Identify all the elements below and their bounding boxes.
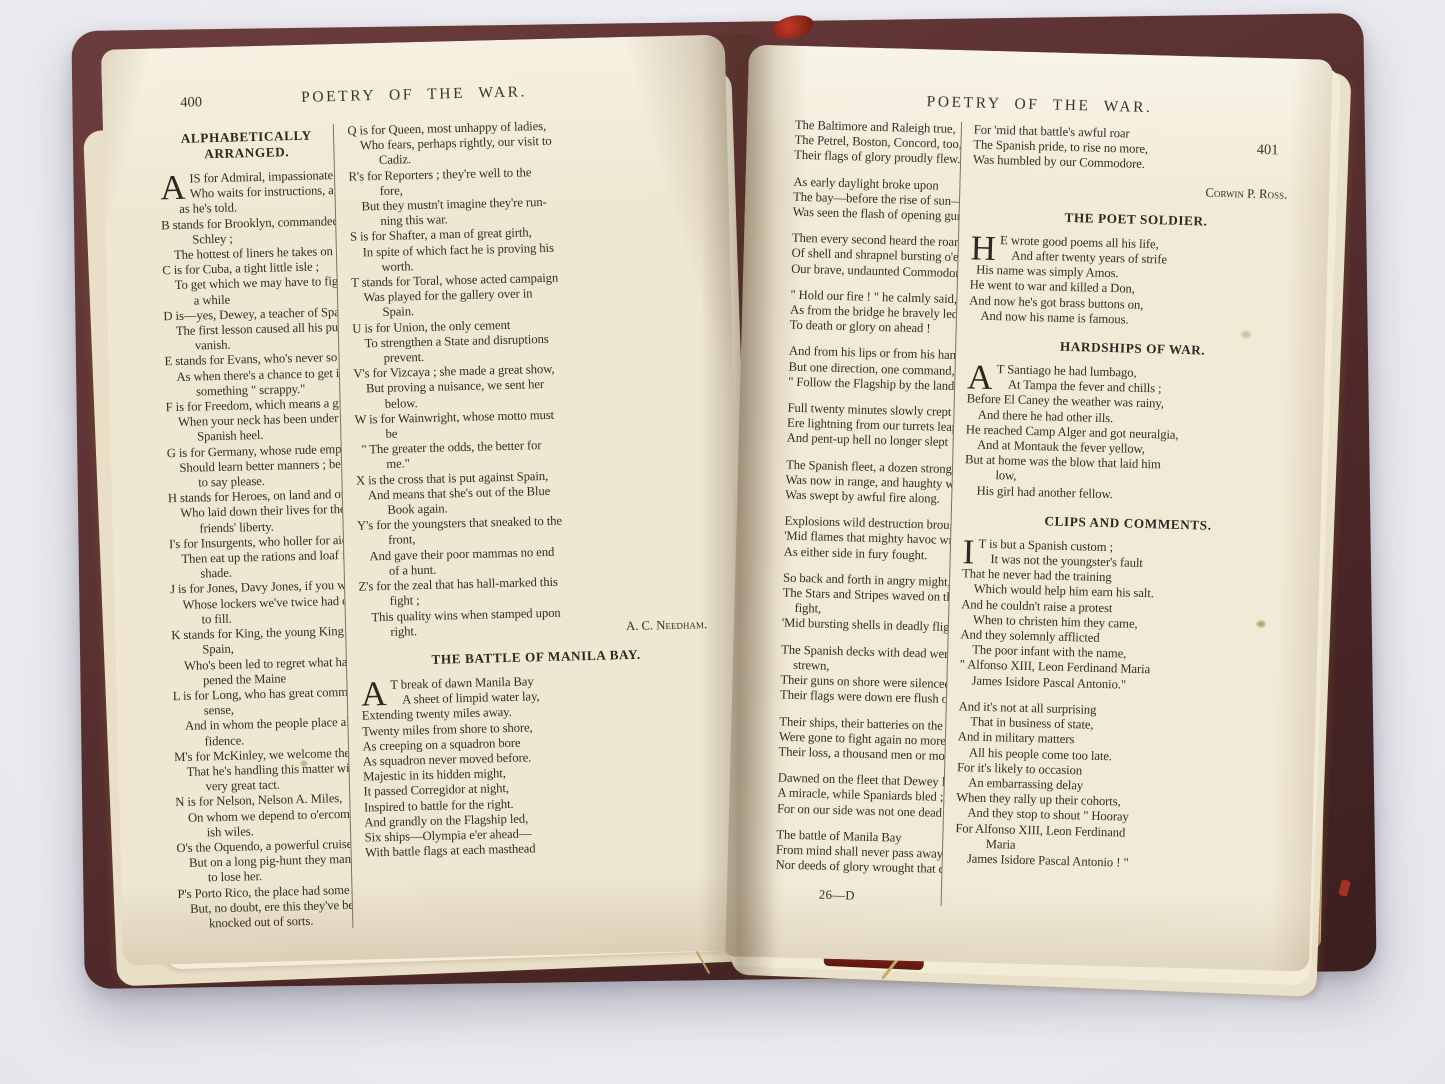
- page-number-right: 401: [1256, 142, 1278, 160]
- poem-line: Was seen the flash of opening gun !: [792, 205, 958, 225]
- stanza: " Hold our fire ! " he calmly said,As fr…: [789, 288, 956, 338]
- poem-line: " Follow the Flagship by the land.": [788, 375, 954, 395]
- poem-line: Their flags were down ere flush of noon.: [780, 688, 946, 708]
- stanza: And from his lips or from his handBut on…: [788, 344, 955, 394]
- stanza: The Spanish decks with dead were strewn,…: [780, 642, 947, 707]
- text-column: ALPHABETICALLY ARRANGED.AIS for Admiral,…: [159, 124, 353, 932]
- stanza: Full twenty minutes slowly creptEre ligh…: [787, 401, 954, 451]
- stanza: AIS for Admiral, impassionate, cold,Who …: [160, 168, 336, 218]
- poem-title: ALPHABETICALLY ARRANGED.: [159, 127, 334, 163]
- stanza: For 'mid that battle's awful roarThe Spa…: [973, 122, 1303, 176]
- drop-cap: A: [160, 173, 186, 203]
- stanza: AT Santiago he had lumbago, At Tampa the…: [964, 361, 1297, 506]
- left-page: 400 POETRY OF THE WAR. ALPHABETICALLY AR…: [101, 35, 747, 966]
- stanza: The Baltimore and Raleigh true,The Petre…: [794, 118, 961, 168]
- running-head-left: POETRY OF THE WAR.: [301, 83, 527, 106]
- stanza: IT is but a Spanish custom ; It was not …: [959, 536, 1292, 697]
- running-head-right: POETRY OF THE WAR.: [926, 93, 1152, 116]
- stanza: HE wrote good poems all his life, And af…: [969, 232, 1300, 332]
- stanza: The battle of Manila BayFrom mind shall …: [775, 827, 942, 877]
- stanza: As early daylight broke uponThe bay—befo…: [792, 174, 959, 224]
- poem-line: Their flags of glory proudly flew.: [794, 148, 960, 168]
- poem-line: Was swept by awful fire along.: [785, 488, 951, 508]
- stanza: And it's not at all surprising That in b…: [954, 699, 1287, 875]
- drop-cap: H: [970, 233, 996, 263]
- poem-title: THE POET SOLDIER.: [971, 207, 1300, 232]
- left-page-columns: ALPHABETICALLY ARRANGED.AIS for Admiral,…: [103, 114, 746, 933]
- attribution: Corwin P. Ross.: [972, 179, 1301, 203]
- poem-line: Nor deeds of glory wrought that day ;: [775, 858, 941, 878]
- poem-title: CLIPS AND COMMENTS.: [963, 511, 1292, 536]
- poem-line: And pent-up hell no longer slept !: [787, 431, 953, 451]
- drop-cap: A: [967, 362, 993, 392]
- stanza: Explosions wild destruction brought'Mid …: [784, 514, 951, 564]
- poem-title: THE BATTLE OF MANILA BAY.: [360, 645, 712, 670]
- signature-mark: 26—D: [775, 887, 941, 906]
- right-page-columns: The Baltimore and Raleigh true,The Petre…: [727, 116, 1331, 915]
- text-column: For 'mid that battle's awful roarThe Spa…: [940, 122, 1303, 915]
- left-page-header: 400 POETRY OF THE WAR.: [102, 79, 726, 116]
- stanza: Dawned on the fleet that Dewey ledA mira…: [777, 771, 944, 821]
- poem-line: knocked out of sorts.: [178, 913, 353, 932]
- drop-cap: I: [962, 537, 974, 566]
- text-column: Q is for Queen, most unhappy of ladies, …: [333, 115, 718, 928]
- poem-title: HARDSHIPS OF WAR.: [968, 336, 1297, 361]
- stanza: Their ships, their batteries on the shor…: [778, 714, 945, 764]
- stanza: Q is for Queen, most unhappy of ladies, …: [347, 115, 711, 640]
- text-column: The Baltimore and Raleigh true,The Petre…: [775, 118, 961, 906]
- stanza: The Spanish fleet, a dozen strong,Was no…: [785, 457, 952, 507]
- poem-line: Their loss, a thousand men or more !: [778, 744, 944, 764]
- stanza: B stands for Brooklyn, commanded by Schl…: [161, 214, 353, 933]
- photo-of-open-book: 400 POETRY OF THE WAR. ALPHABETICALLY AR…: [0, 0, 1445, 1084]
- poem-line: 'Mid bursting shells in deadly flight !: [782, 616, 948, 636]
- right-page: POETRY OF THE WAR. 401 The Baltimore and…: [725, 45, 1333, 972]
- stanza: So back and forth in angry might,The Sta…: [782, 570, 949, 635]
- page-number-left: 400: [180, 94, 202, 112]
- drop-cap: A: [361, 679, 387, 709]
- stanza: And grandly on the Flagship led,Six ship…: [364, 807, 717, 861]
- stanza: Then every second heard the roarOf shell…: [791, 231, 958, 281]
